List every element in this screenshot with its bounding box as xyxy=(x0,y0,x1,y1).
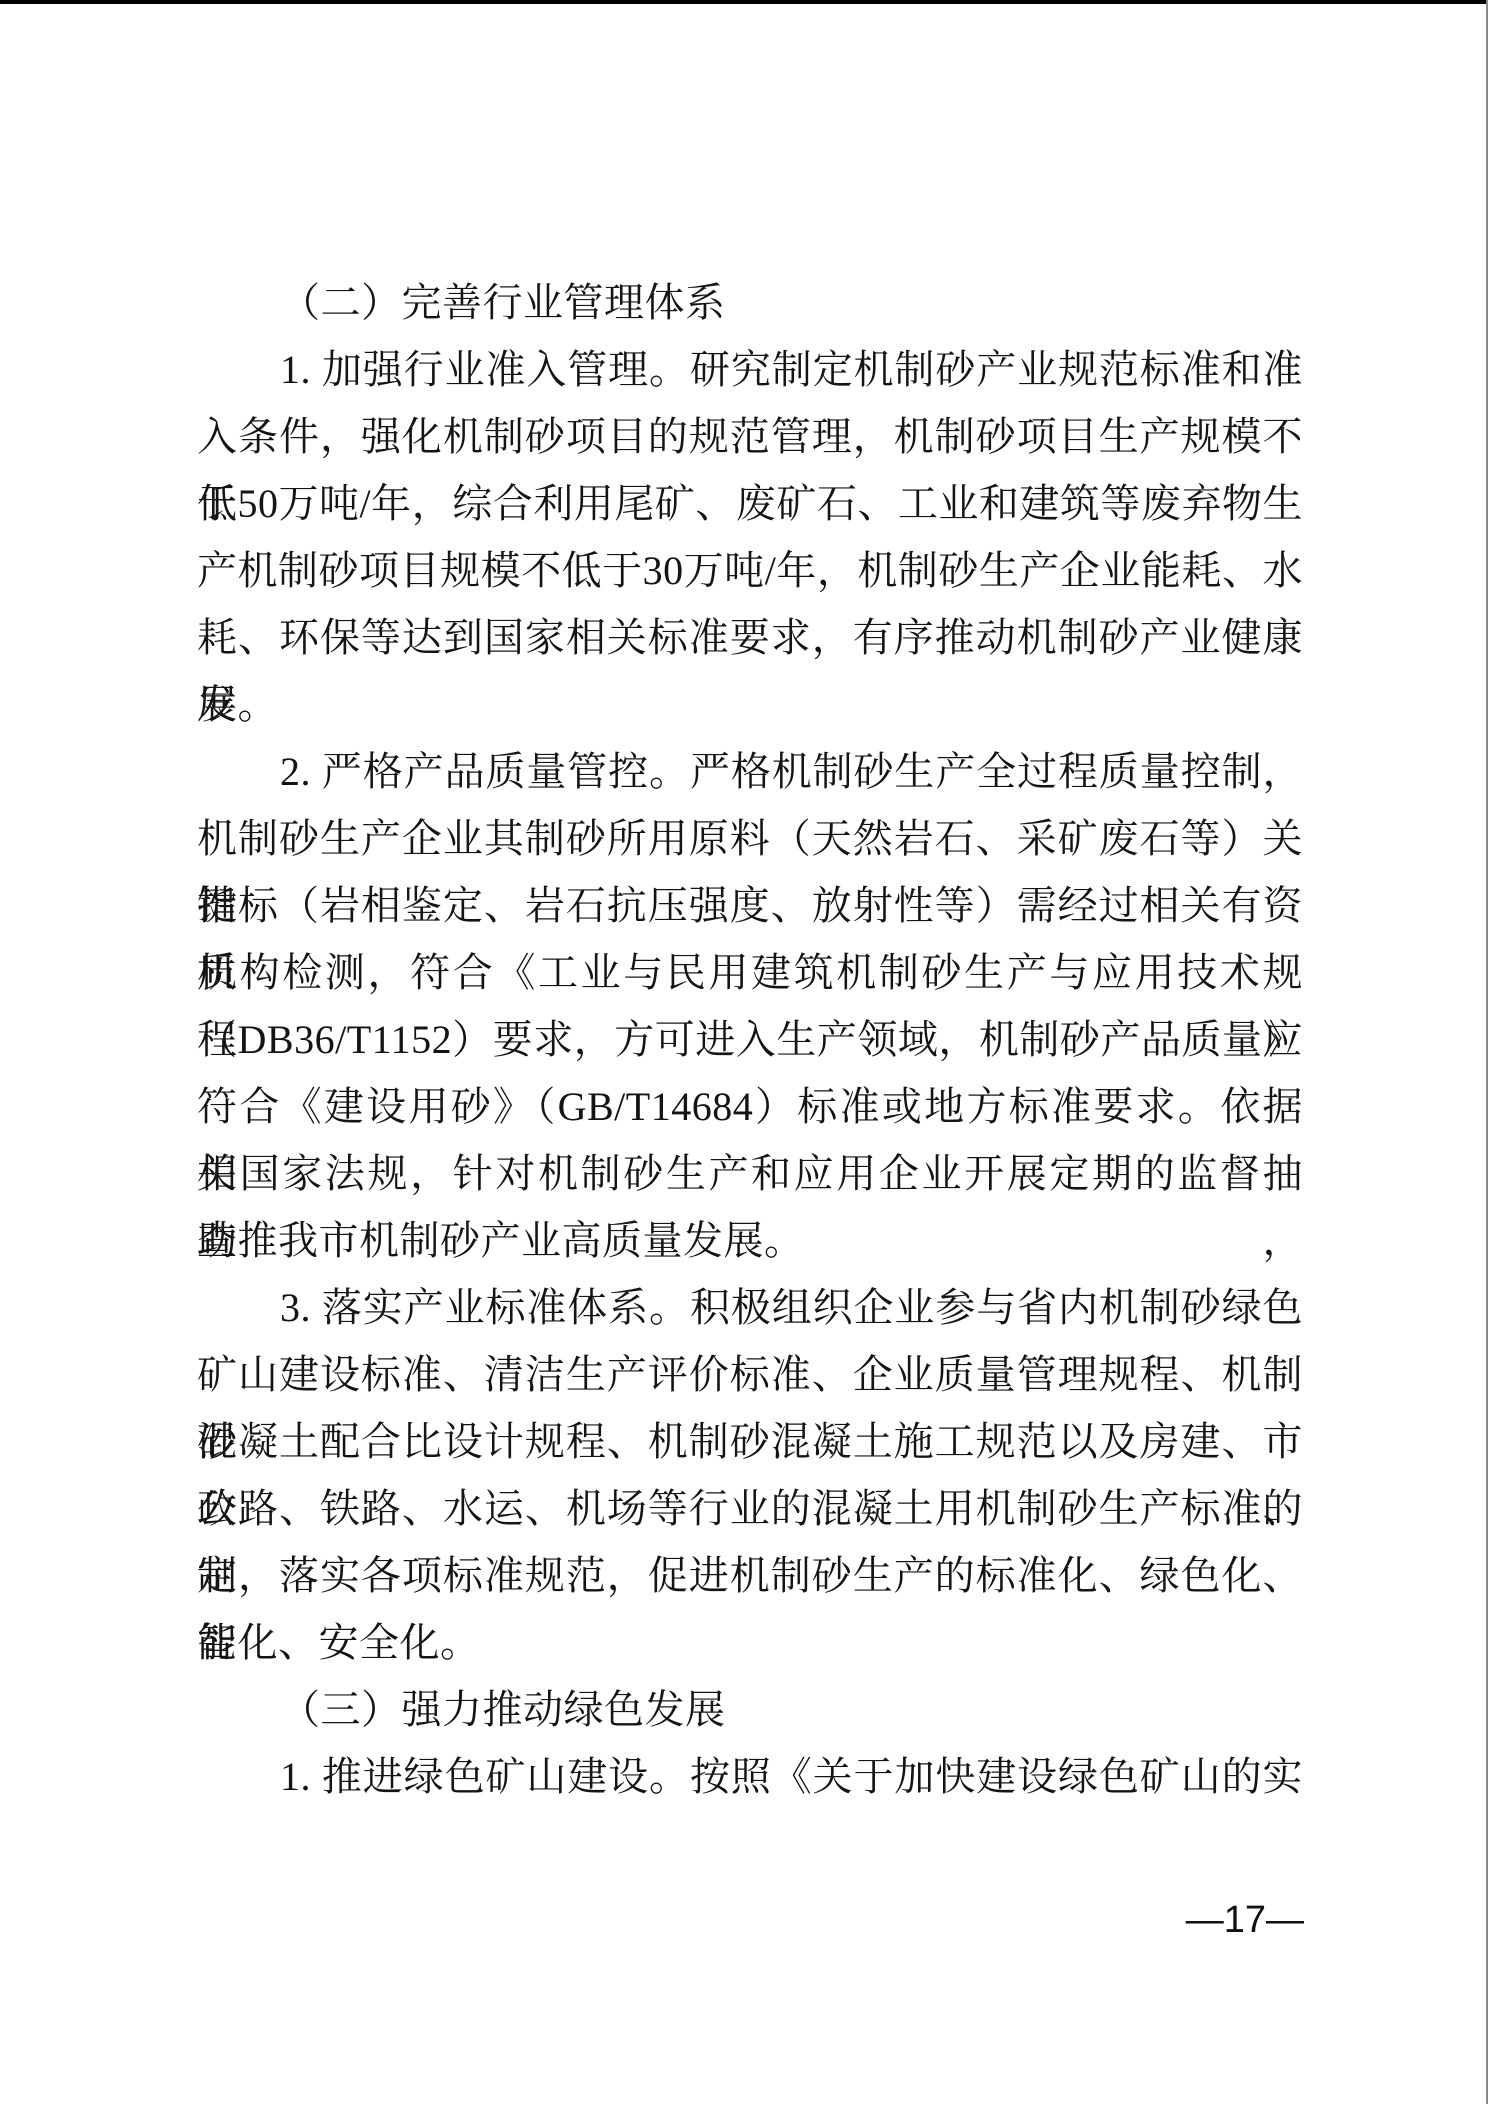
paragraph-1: 1. 加强行业准入管理。研究制定机制砂产业规范标准和准 入条件，强化机制砂项目的… xyxy=(197,336,1303,738)
body-line: 定，落实各项标准规范，促进机制砂生产的标准化、绿色化、智 xyxy=(197,1542,1303,1609)
body-line: 于50万吨/年，综合利用尾矿、废矿石、工业和建筑等废弃物生 xyxy=(197,470,1303,537)
body-line: 混凝土配合比设计规程、机制砂混凝土施工规范以及房建、市政、 xyxy=(197,1408,1303,1475)
body-line: 3. 落实产业标准体系。积极组织企业参与省内机制砂绿色 xyxy=(197,1274,1303,1341)
body-line: 机制砂生产企业其制砂所用原料（天然岩石、采矿废石等）关键 xyxy=(197,805,1303,872)
body-line: 符合《建设用砂》（GB/T14684）标准或地方标准要求。依据相 xyxy=(197,1073,1303,1140)
body-line: 入条件，强化机制砂项目的规范管理，机制砂项目生产规模不低 xyxy=(197,403,1303,470)
section-2-heading: （二）完善行业管理体系 xyxy=(197,269,1303,336)
page-top-border xyxy=(0,0,1488,4)
body-line: 耗、环保等达到国家相关标准要求，有序推动机制砂产业健康发 xyxy=(197,604,1303,671)
body-line: 2. 严格产品质量管控。严格机制砂生产全过程质量控制， xyxy=(197,738,1303,805)
body-line: 1. 加强行业准入管理。研究制定机制砂产业规范标准和准 xyxy=(197,336,1303,403)
document-body: （二）完善行业管理体系 1. 加强行业准入管理。研究制定机制砂产业规范标准和准 … xyxy=(197,269,1303,1810)
paragraph-4: 1. 推进绿色矿山建设。按照《关于加快建设绿色矿山的实 xyxy=(197,1743,1303,1810)
body-line: 关国家法规，针对机制砂生产和应用企业开展定期的监督抽查， xyxy=(197,1140,1303,1207)
page-number: —17— xyxy=(1186,1896,1304,1944)
body-line: 产机制砂项目规模不低于30万吨/年，机制砂生产企业能耗、水 xyxy=(197,537,1303,604)
body-line: 公路、铁路、水运、机场等行业的混凝土用机制砂生产标准的制 xyxy=(197,1475,1303,1542)
paragraph-3: 3. 落实产业标准体系。积极组织企业参与省内机制砂绿色 矿山建设标准、清洁生产评… xyxy=(197,1274,1303,1676)
paragraph-2: 2. 严格产品质量管控。严格机制砂生产全过程质量控制， 机制砂生产企业其制砂所用… xyxy=(197,738,1303,1274)
body-line: （DB36/T1152）要求，方可进入生产领域，机制砂产品质量应 xyxy=(197,1006,1303,1073)
body-line: 展。 xyxy=(197,671,1303,738)
body-line: 能化、安全化。 xyxy=(197,1609,1303,1676)
section-3-heading: （三）强力推动绿色发展 xyxy=(197,1676,1303,1743)
body-line: 矿山建设标准、清洁生产评价标准、企业质量管理规程、机制砂 xyxy=(197,1341,1303,1408)
body-line: 1. 推进绿色矿山建设。按照《关于加快建设绿色矿山的实 xyxy=(197,1743,1303,1810)
body-line: 机构检测，符合《工业与民用建筑机制砂生产与应用技术规程》 xyxy=(197,939,1303,1006)
body-line: 指标（岩相鉴定、岩石抗压强度、放射性等）需经过相关有资质 xyxy=(197,872,1303,939)
